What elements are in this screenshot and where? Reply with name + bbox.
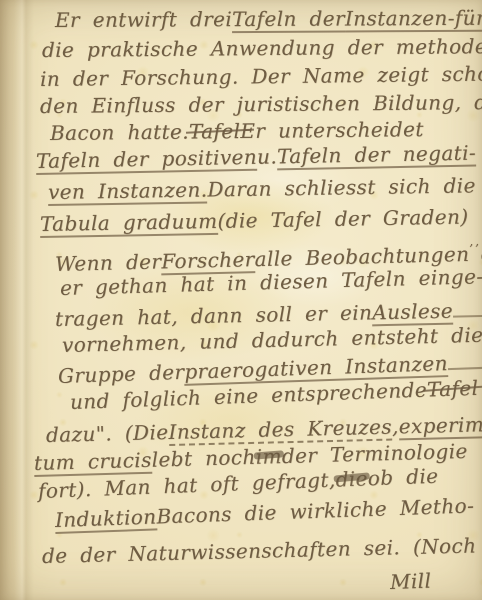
text-segment: die praktische Anwendung der methoden	[42, 34, 482, 62]
handwritten-line: die praktische Anwendung der methoden	[42, 34, 482, 62]
underlined-text-segment: Tafeln der	[232, 6, 345, 33]
handwritten-line: den Einfluss der juristischen Bildung, d…	[40, 90, 482, 118]
underlined-text-segment: Tafeln der positiven	[36, 145, 258, 175]
text-segment: (die Tafel der Graden) an	[217, 204, 482, 233]
scribbled-out-text-segment: die	[335, 466, 368, 491]
text-segment: Wenn der	[55, 249, 162, 276]
handwritten-line: de der Naturwissenschaften sei. (Noch	[42, 533, 477, 568]
manuscript-photo: Er entwirft drei Tafeln der Instanzen-fü…	[0, 0, 482, 600]
insertion-marks: ’’	[469, 237, 481, 261]
text-segment: de der Naturwissenschaften sei. (Noch	[42, 533, 477, 568]
struck-through-text-segment: Tafel	[427, 376, 479, 402]
handwriting-layer: Er entwirft drei Tafeln der Instanzen-fü…	[0, 0, 482, 600]
underlined-text-segment: Tabula graduum	[40, 209, 218, 238]
text-segment: Er entwirft drei	[55, 7, 232, 32]
text-segment: Mill	[390, 569, 432, 594]
handwritten-line: Er entwirft drei Tafeln der Instanzen-fü…	[55, 6, 482, 34]
underlined-text-segment: Tafeln der negati-	[277, 141, 476, 171]
text-segment: Daran schliesst sich die	[207, 173, 476, 201]
underlined-text-segment: tum crucis	[34, 448, 152, 477]
handwritten-line: Tabula graduum (die Tafel der Graden) an	[40, 204, 482, 238]
text-segment: Gruppe der	[58, 360, 185, 388]
text-segment: ob die	[367, 464, 439, 491]
underlined-text-segment: Auslese	[372, 299, 453, 327]
handwritten-line: Mill	[390, 569, 432, 594]
text-segment: den Einfluss der juristischen Bildung, d…	[40, 90, 482, 118]
underlined-text-segment: Induktion	[55, 504, 157, 534]
scribbled-out-text-segment: im	[255, 444, 282, 469]
text-segment: Bacon hatte.	[50, 120, 189, 145]
text-segment: Er unterscheidet	[240, 117, 424, 143]
underlined-text-segment: Instanzen-für	[345, 6, 482, 33]
handwritten-line: ven Instanzen. Daran schliesst sich die	[48, 173, 476, 206]
underlined-text-segment: ven Instanzen.	[48, 177, 208, 206]
struck-through-text-segment: Tafel	[189, 119, 241, 144]
text-segment: u.	[257, 144, 278, 168]
text-segment: in der Forschung. Der Name zeigt schon	[40, 61, 482, 91]
text-segment: Bacons die wirkliche Metho-	[156, 493, 475, 528]
handwritten-line: Bacon hatte. Tafel Er unterscheidet	[50, 117, 424, 145]
text-segment: dazu". (Die	[46, 420, 169, 447]
underline-rule-extension	[453, 289, 482, 318]
underlined-text-segment: experimen-	[398, 411, 482, 440]
handwritten-line: Tafeln der positiven u. Tafeln der negat…	[36, 141, 477, 175]
text-segment: lebt noch	[151, 445, 256, 472]
text-segment: der Terminologie	[282, 439, 469, 468]
handwritten-line: in der Forschung. Der Name zeigt schon	[40, 61, 482, 91]
